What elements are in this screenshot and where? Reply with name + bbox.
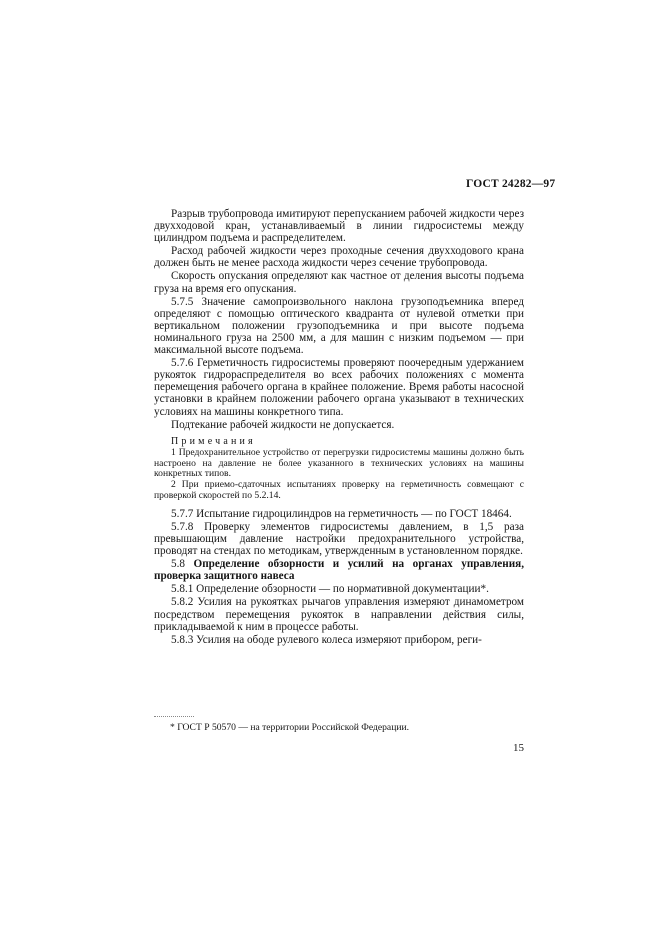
- paragraph-5-7-8: 5.7.8 Проверку элементов гидросистемы да…: [154, 521, 524, 557]
- paragraph-5-8-2: 5.8.2 Усилия на рукоятках рычагов управл…: [154, 596, 524, 632]
- paragraph: Разрыв трубопровода имитируют перепускан…: [154, 208, 524, 244]
- section-number: 5.8: [171, 558, 185, 570]
- document-header: ГОСТ 24282—97: [466, 178, 555, 190]
- section-heading-5-8: 5.8 Определение обзорности и усилий на о…: [154, 558, 524, 582]
- paragraph: Расход рабочей жидкости через проходные …: [154, 245, 524, 269]
- page-number: 15: [513, 742, 524, 754]
- footnote: * ГОСТ Р 50570 — на территории Российско…: [170, 722, 409, 733]
- paragraph: Подтекание рабочей жидкости не допускает…: [154, 419, 524, 431]
- paragraph-5-8-3: 5.8.3 Усилия на ободе рулевого колеса из…: [154, 634, 524, 646]
- paragraph-5-7-6: 5.7.6 Герметичность гидросистемы проверя…: [154, 357, 524, 417]
- paragraph: Скорость опускания определяют как частно…: [154, 270, 524, 294]
- note-item: 2 При приемо-сдаточных испытаниях провер…: [154, 480, 524, 502]
- paragraph-5-8-1: 5.8.1 Определение обзорности — по нормат…: [154, 583, 524, 595]
- section-title: Определение обзорности и усилий на орган…: [154, 558, 524, 582]
- note-item: 1 Предохранительное устройство от перегр…: [154, 448, 524, 480]
- paragraph-5-7-5: 5.7.5 Значение самопроизвольного наклона…: [154, 296, 524, 356]
- page-body: Разрыв трубопровода имитируют перепускан…: [154, 208, 524, 646]
- paragraph-5-7-7: 5.7.7 Испытание гидроцилиндров на гермет…: [154, 508, 524, 520]
- footnote-divider: [154, 716, 194, 717]
- notes-title: Примечания: [154, 436, 524, 448]
